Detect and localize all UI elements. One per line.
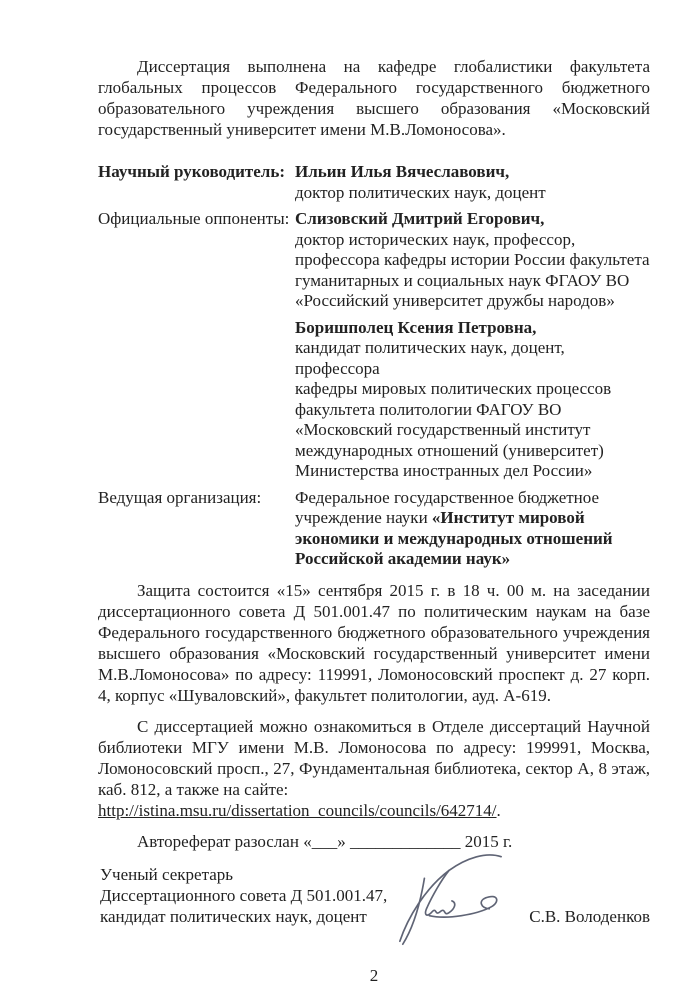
supervisor-row: Научный руководитель: Ильин Илья Вячесла… [98, 162, 650, 203]
signature-image [390, 846, 508, 946]
opponents-label: Официальные оппоненты: [98, 209, 295, 312]
secretary-block: Ученый секретарь Диссертационного совета… [98, 864, 650, 959]
document-content: Диссертация выполнена на кафедре глобали… [98, 56, 650, 986]
supervisor-info: Ильин Илья Вячеславович, доктор политиче… [295, 162, 650, 203]
roles-section: Научный руководитель: Ильин Илья Вячесла… [98, 162, 650, 570]
opponent-first-name: Слизовский Дмитрий Егорович, [295, 209, 650, 230]
opponent-first-info: Слизовский Дмитрий Егорович, доктор исто… [295, 209, 650, 312]
opponent-second-row: Боришполец Ксения Петровна, кандидат пол… [98, 318, 650, 482]
opponent-second-spacer [98, 318, 295, 482]
supervisor-name: Ильин Илья Вячеславович, [295, 162, 650, 183]
opponent-first-details: доктор исторических наук, профессор, про… [295, 230, 650, 312]
supervisor-details: доктор политических наук, доцент [295, 183, 650, 204]
document-page: Диссертация выполнена на кафедре глобали… [0, 0, 700, 990]
defense-paragraph: Защита состоится «15» сентября 2015 г. в… [98, 580, 650, 706]
intro-paragraph: Диссертация выполнена на кафедре глобали… [98, 56, 650, 140]
secretary-name: С.В. Володенков [529, 906, 650, 927]
opponents-row: Официальные оппоненты: Слизовский Дмитри… [98, 209, 650, 312]
abstract-sent-line: Автореферат разослан «___» _____________… [98, 831, 650, 852]
page-number: 2 [98, 965, 650, 986]
opponent-second-name: Боришполец Ксения Петровна, [295, 318, 650, 339]
leading-org-label: Ведущая организация: [98, 488, 295, 570]
opponent-second-info: Боришполец Ксения Петровна, кандидат пол… [295, 318, 650, 482]
leading-org-info: Федеральное государственное бюджетное уч… [295, 488, 617, 570]
supervisor-label: Научный руководитель: [98, 162, 295, 203]
opponent-second-details: кандидат политических наук, доцент, проф… [295, 338, 650, 482]
library-paragraph: С диссертацией можно ознакомиться в Отде… [98, 716, 650, 800]
dissertation-council-url-link[interactable]: http://istina.msu.ru/dissertation_counci… [98, 801, 497, 820]
url-suffix-period: . [497, 801, 501, 820]
website-line: http://istina.msu.ru/dissertation_counci… [98, 800, 650, 821]
secretary-title-lines: Ученый секретарь Диссертационного совета… [100, 864, 387, 927]
leading-org-row: Ведущая организация: Федеральное государ… [98, 488, 650, 570]
